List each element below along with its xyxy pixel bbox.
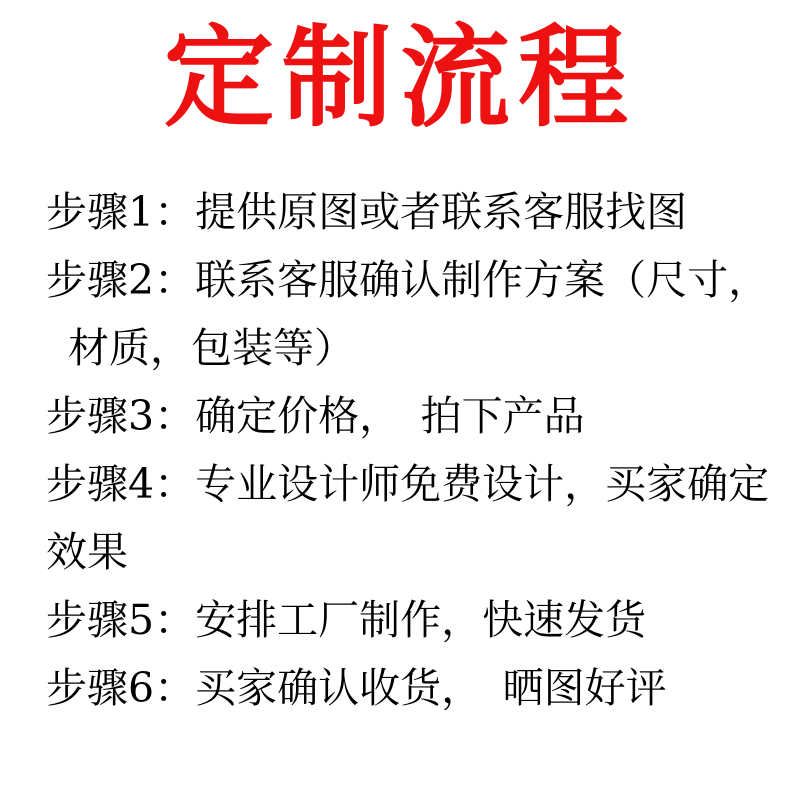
- steps-text-block: 步骤1：提供原图或者联系客服找图 步骤2：联系客服确认制作方案（尺寸， 材质，包…: [46, 178, 780, 722]
- customization-process-sheet: 定制流程 步骤1：提供原图或者联系客服找图 步骤2：联系客服确认制作方案（尺寸，…: [0, 0, 800, 800]
- step-2-continuation-line: 材质，包装等）: [46, 314, 780, 382]
- step-5-line: 步骤5：安排工厂制作，快速发货: [46, 586, 780, 654]
- step-3-line: 步骤3：确定价格， 拍下产品: [46, 382, 780, 450]
- step-4-line: 步骤4：专业设计师免费设计，买家确定: [46, 450, 780, 518]
- page-title: 定制流程: [0, 8, 800, 148]
- step-2-line: 步骤2：联系客服确认制作方案（尺寸，: [46, 246, 780, 314]
- step-1-line: 步骤1：提供原图或者联系客服找图: [46, 178, 780, 246]
- step-4-continuation-line: 效果: [46, 518, 780, 586]
- step-6-line: 步骤6：买家确认收货， 晒图好评: [46, 654, 780, 722]
